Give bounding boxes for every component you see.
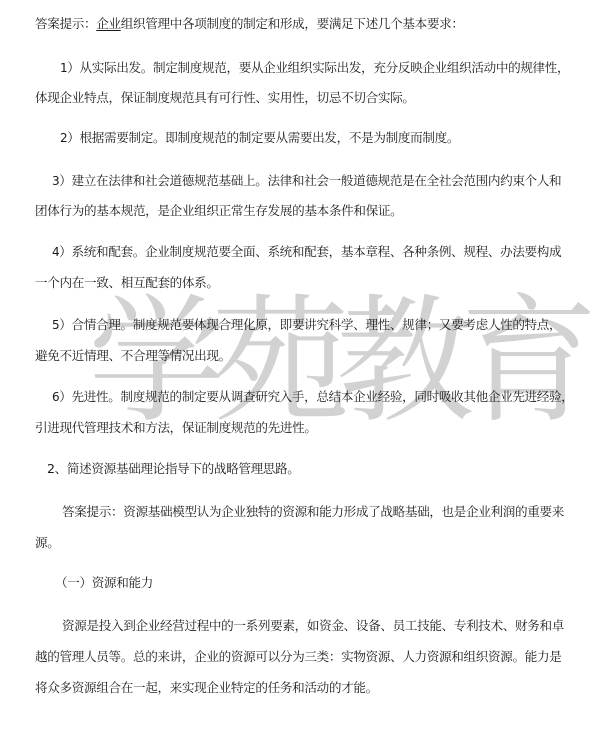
item-text: ）建立在法律和社会道德规范基础上。法律和社会一般道德规范是在全社会范围内约束个人…: [59, 173, 561, 188]
list-item-5: 5）合情合理。制度规范要体现合理化原，即要讲究科学、理性、规律；又要考虑人性的特…: [52, 317, 561, 333]
list-item-6-continuation: 引进现代管理技术和方法，保证制度规范的先进性。: [35, 420, 317, 436]
section-body-line-3: 将众多资源组合在一起，来实现企业特定的任务和活动的才能。: [35, 680, 378, 696]
item-text: ）先进性。制度规范的制定要从调查研究入手，总结本企业经验，同时吸收其他企业先进经…: [59, 389, 573, 404]
item-text: ）根据需要制定。即制度规范的制定要从需要出发，不是为制度而制度。: [67, 130, 459, 145]
list-item-3: 3）建立在法律和社会道德规范基础上。法律和社会一般道德规范是在全社会范围内约束个…: [52, 173, 561, 189]
answer-hint-label: 答案提示：: [35, 16, 96, 31]
section-heading-resources-capabilities: （一）资源和能力: [55, 575, 153, 591]
item-text: ）合情合理。制度规范要体现合理化原，即要讲究科学、理性、规律；又要考虑人性的特点…: [59, 317, 561, 332]
list-item-4: 4）系统和配套。企业制度规范要全面、系统和配套，基本章程、各种条例、规程、办法要…: [52, 244, 561, 260]
item-text: ）系统和配套。企业制度规范要全面、系统和配套，基本章程、各种条例、规程、办法要构…: [59, 244, 561, 259]
list-item-1: 1）从实际出发。制定制度规范，要从企业组织实际出发，充分反映企业组织活动中的规律…: [60, 60, 569, 76]
section-body-line-1: 资源是投入到企业经营过程中的一系列要素，如资金、设备、员工技能、专利技术、财务和…: [62, 618, 564, 634]
list-item-3-continuation: 团体行为的基本规范，是企业组织正常生存发展的基本条件和保证。: [35, 203, 402, 219]
answer-2-continuation: 源。: [35, 535, 60, 551]
list-item-2: 2）根据需要制定。即制度规范的制定要从需要出发，不是为制度而制度。: [60, 130, 459, 146]
intro-paragraph: 答案提示：企业组织管理中各项制度的制定和形成，要满足下述几个基本要求：: [35, 16, 464, 32]
intro-text: 组织管理中各项制度的制定和形成，要满足下述几个基本要求：: [121, 16, 464, 31]
list-item-4-continuation: 一个内在一致、相互配套的体系。: [35, 275, 219, 291]
item-text: ）从实际出发。制定制度规范，要从企业组织实际出发，充分反映企业组织活动中的规律性…: [67, 60, 569, 75]
underlined-term: 企业: [96, 16, 121, 31]
list-item-1-continuation: 体现企业特点，保证制度规范具有可行性、实用性，切忌不切合实际。: [35, 90, 415, 106]
answer-2-paragraph: 答案提示：资源基础模型认为企业独特的资源和能力形成了战略基础，也是企业利润的重要…: [62, 504, 564, 520]
list-item-5-continuation: 避免不近情理、不合理等情况出现。: [35, 348, 231, 364]
question-2-heading: 2、简述资源基础理论指导下的战略管理思路。: [47, 461, 300, 477]
section-body-line-2: 越的管理人员等。总的来讲，企业的资源可以分为三类：实物资源、人力资源和组织资源。…: [35, 649, 561, 665]
list-item-6: 6）先进性。制度规范的制定要从调查研究入手，总结本企业经验，同时吸收其他企业先进…: [52, 389, 574, 405]
